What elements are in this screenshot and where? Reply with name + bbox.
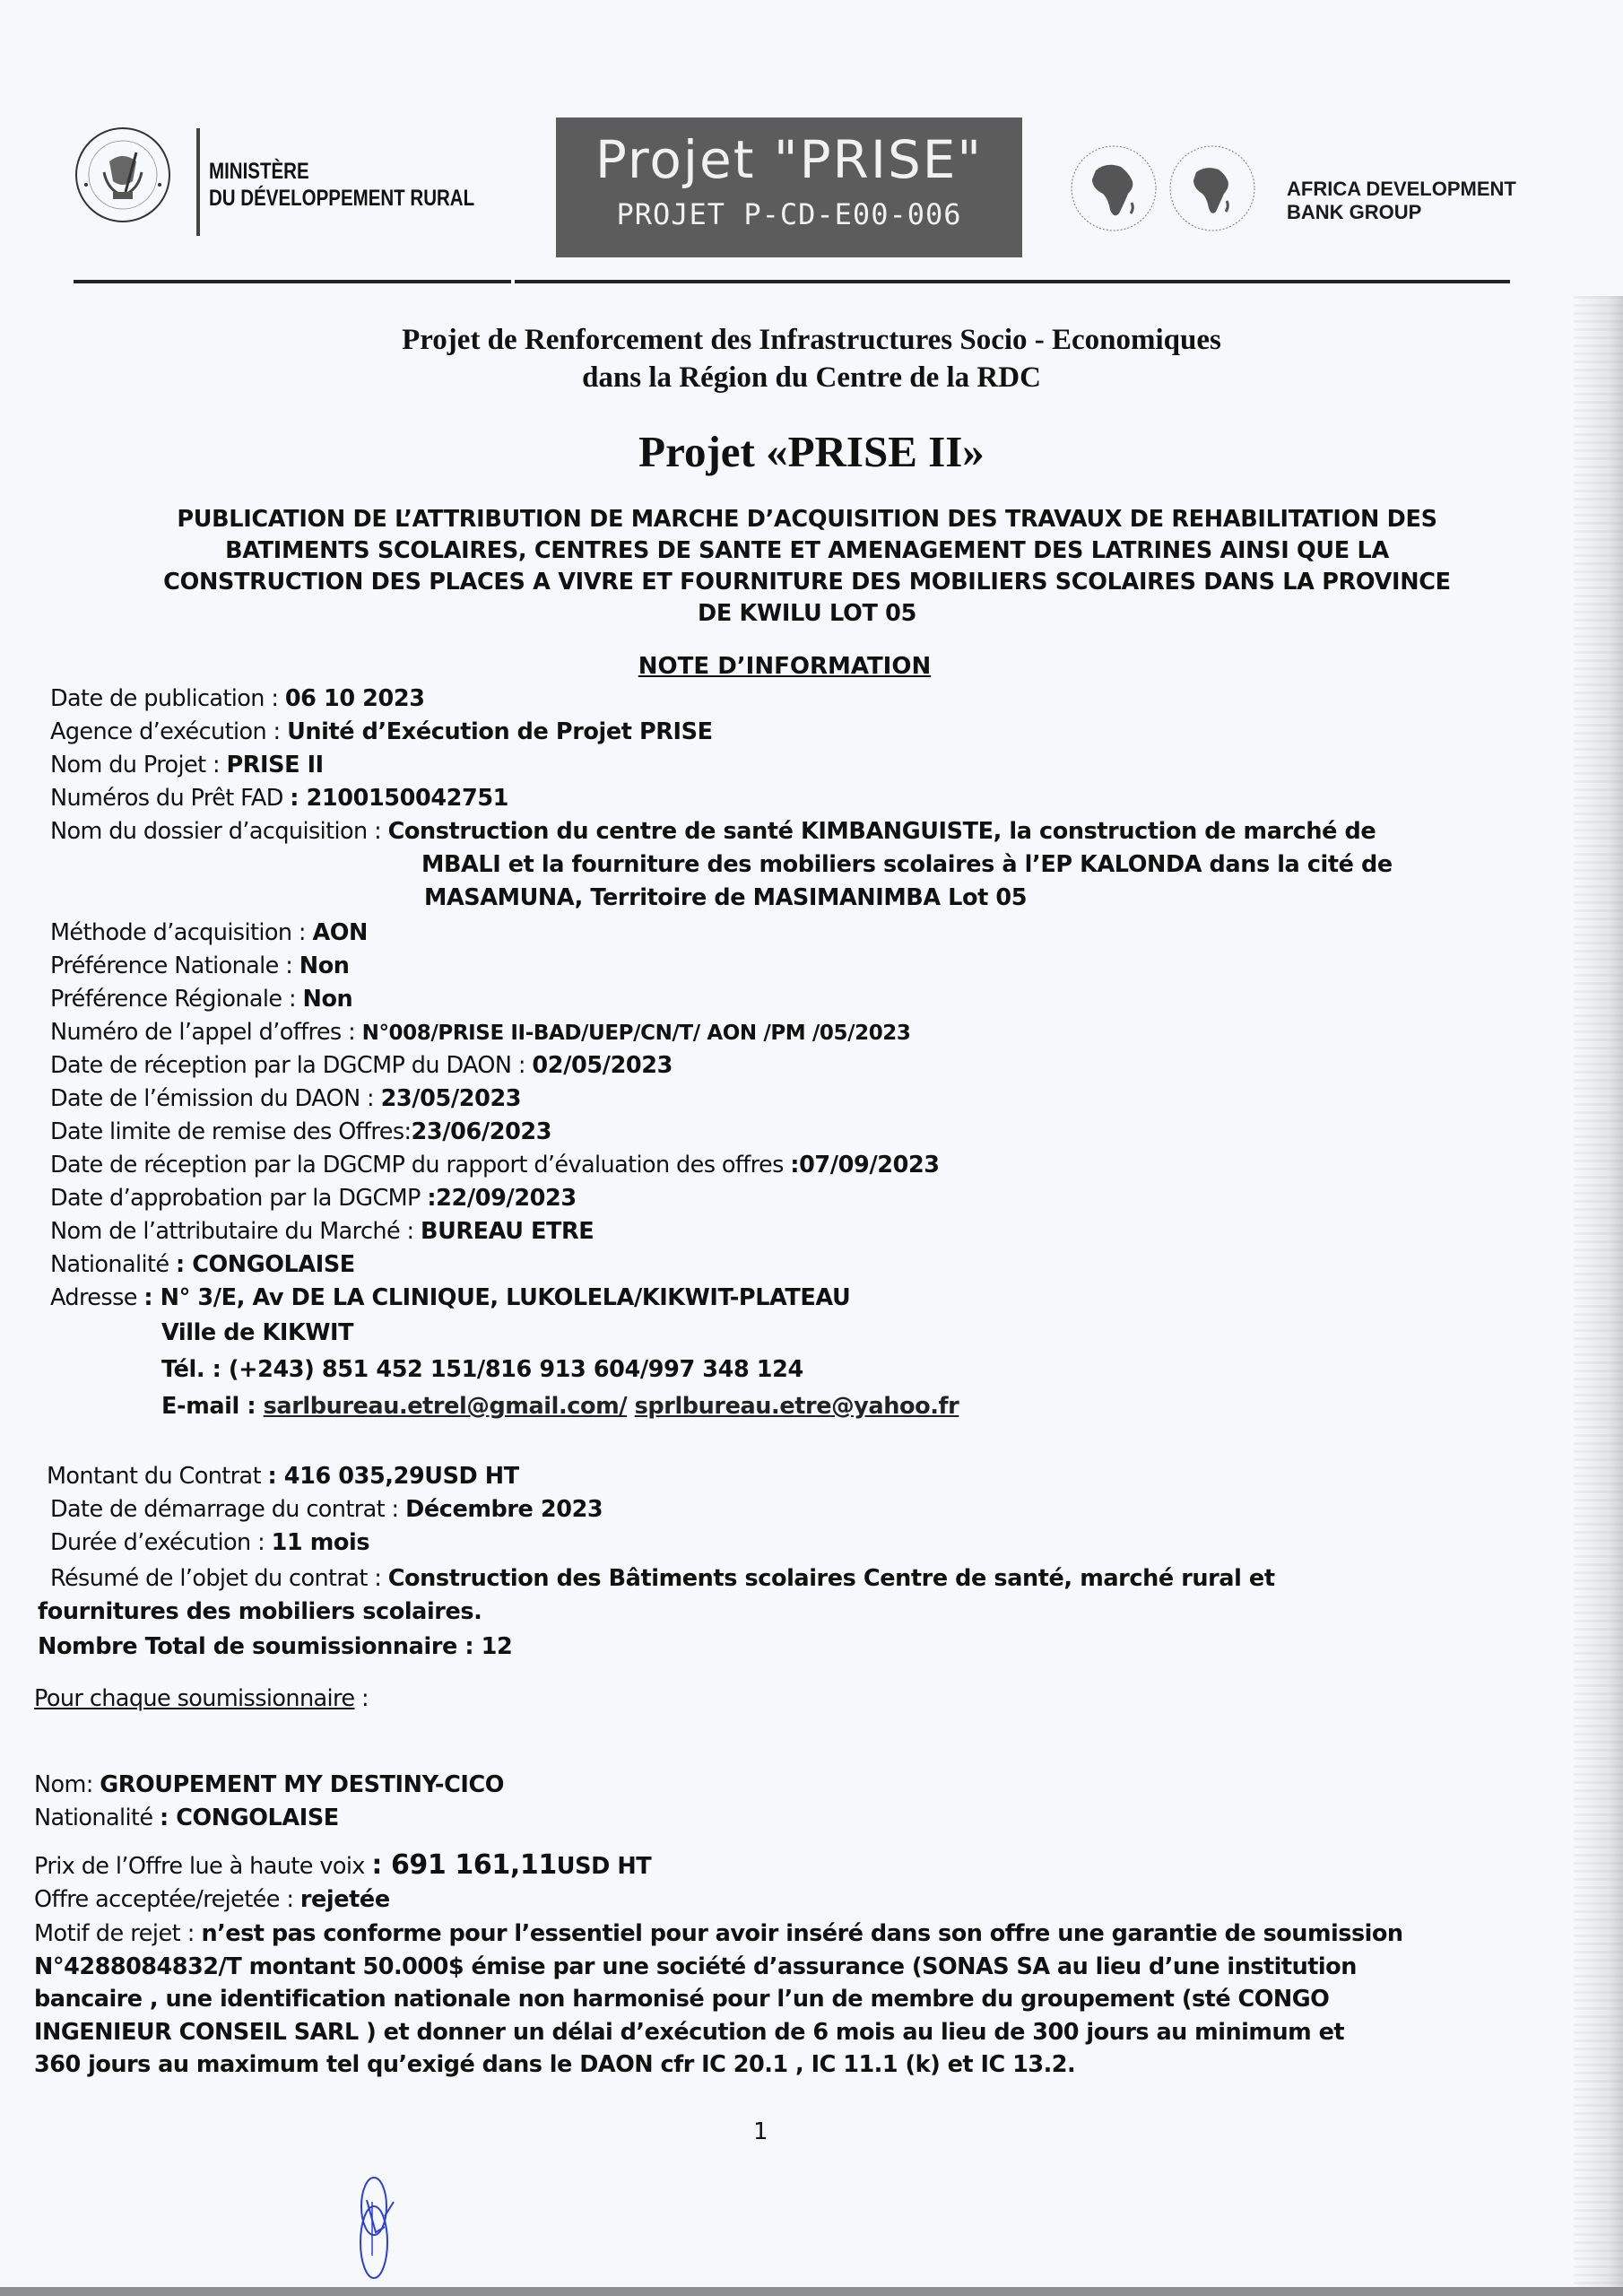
publication-title-line: DE KWILU LOT 05 [45,598,1569,630]
publication-title: PUBLICATION DE L’ATTRIBUTION DE MARCHE D… [45,504,1569,630]
document-page: MINISTÈRE DU DÉVELOPPEMENT RURAL Projet … [0,0,1623,2296]
field-label: Montant du Contrat [47,1463,268,1490]
bidder-prix: Prix de l’Offre lue à haute voix : 691 1… [34,1850,651,1882]
field-value: Construction du centre de santé KIMBANGU… [388,818,1376,845]
project-banner: Projet "PRISE" PROJET P-CD-E00-006 [556,117,1022,257]
header-rule-right [515,280,1510,283]
field-label: Nom: [34,1771,100,1798]
field-nombre-soumissionnaires: Nombre Total de soumissionnaire : 12 [38,1631,512,1662]
field-dossier-cont1: MBALI et la fourniture des mobiliers sco… [421,849,1393,880]
field-label: Préférence Nationale : [50,952,299,979]
field-label: Préférence Régionale : [50,986,303,1013]
field-label: Date de réception par la DGCMP du rappor… [50,1152,790,1178]
field-value: :22/09/2023 [427,1185,576,1212]
motif-line: INGENIEUR CONSEIL SARL ) et donner un dé… [34,2016,1576,2049]
field-value: N°008/PRISE II-BAD/UEP/CN/T/ AON /PM /05… [362,1022,911,1045]
field-attributaire: Nom de l’attributaire du Marché : BUREAU… [50,1216,594,1247]
field-value: Unité d’Exécution de Projet PRISE [287,718,713,745]
field-value: : 2100150042751 [290,785,508,812]
afdb-line1: AFRICA DEVELOPMENT [1287,178,1516,201]
field-label: Motif de rejet : [34,1920,201,1947]
field-reception-rapport: Date de réception par la DGCMP du rappor… [50,1150,940,1180]
field-nationalite: Nationalité : CONGOLAISE [50,1249,355,1280]
field-appel-offres: Numéro de l’appel d’offres : N°008/PRISE… [50,1017,911,1048]
field-pref-nationale: Préférence Nationale : Non [50,951,350,981]
field-nom-projet: Nom du Projet : PRISE II [50,750,324,780]
field-adresse-tel: Tél. : (+243) 851 452 151/816 913 604/99… [161,1354,803,1385]
header-divider [196,128,200,236]
african-development-fund-logo-icon [1167,143,1257,233]
field-label: Nom de l’attributaire du Marché : [50,1218,421,1245]
motif-line: N°4288084832/T montant 50.000$ émise par… [34,1951,1576,1984]
bidder-statut: Offre acceptée/rejetée : rejetée [34,1884,390,1915]
field-emission-daon: Date de l’émission du DAON : 23/05/2023 [50,1083,521,1114]
project-banner-code: PROJET P-CD-E00-006 [556,196,1022,232]
field-value: :07/09/2023 [790,1152,939,1178]
field-value: Construction des Bâtiments scolaires Cen… [388,1565,1275,1592]
field-value: : CONGOLAISE [176,1251,355,1278]
bidder-nom: Nom: GROUPEMENT MY DESTINY-CICO [34,1770,504,1800]
header-rule-left [74,280,511,283]
field-adresse-email: E-mail : sarlbureau.etrel@gmail.com/ spr… [161,1391,959,1422]
african-development-bank-logo-icon [1069,143,1159,233]
field-label: Date d’approbation par la DGCMP [50,1185,427,1212]
scan-bottom-edge [0,2287,1623,2296]
bidder-motif-rejet: Motif de rejet : n’est pas conforme pour… [34,1918,1576,2082]
afdb-name: AFRICA DEVELOPMENT BANK GROUP [1287,178,1516,224]
field-label: Date de publication : [50,685,285,712]
field-value: 23/05/2023 [381,1085,522,1112]
field-label: Date de réception par la DGCMP du DAON : [50,1052,532,1079]
project-subtitle-line1: Projet de Renforcement des Infrastructur… [0,321,1623,359]
field-value: 06 10 2023 [285,685,425,712]
motif-line: bancaire , une identification nationale … [34,1983,1576,2016]
project-main-title: Projet «PRISE II» [0,426,1623,478]
field-value: AON [312,919,368,946]
field-label: Numéros du Prêt FAD [50,785,290,812]
field-value: : 691 161,11 [371,1849,556,1881]
field-value: : CONGOLAISE [160,1805,339,1831]
bidders-heading: Pour chaque soumissionnaire : [34,1683,369,1714]
field-montant: Montant du Contrat : 416 035,29USD HT [47,1461,519,1492]
field-value: 11 mois [272,1529,370,1556]
drc-coat-of-arms-icon [74,126,172,224]
publication-title-line: CONSTRUCTION DES PLACES A VIVRE ET FOURN… [45,567,1569,598]
field-methode: Méthode d’acquisition : AON [50,918,368,948]
field-demarrage: Date de démarrage du contrat : Décembre … [50,1494,603,1525]
field-value-suffix: USD HT [557,1853,651,1880]
bidder-nationalite: Nationalité : CONGOLAISE [34,1803,339,1833]
field-approbation: Date d’approbation par la DGCMP :22/09/2… [50,1183,577,1213]
field-adresse-ville: Ville de KIKWIT [161,1318,353,1348]
field-value: 23/06/2023 [412,1118,552,1145]
field-value: GROUPEMENT MY DESTINY-CICO [100,1771,504,1798]
field-value: Non [299,952,350,979]
field-duree: Durée d’exécution : 11 mois [50,1527,369,1558]
field-pret-fad: Numéros du Prêt FAD : 2100150042751 [50,783,508,813]
field-label: Nombre Total de soumissionnaire : [38,1633,482,1660]
field-label: Agence d’exécution : [50,718,287,745]
field-agence: Agence d’exécution : Unité d’Exécution d… [50,717,713,747]
motif-line: n’est pas conforme pour l’essentiel pour… [201,1920,1402,1947]
field-label: Adresse [50,1284,143,1311]
field-value: : N° 3/E, Av DE LA CLINIQUE, LUKOLELA/KI… [143,1284,850,1311]
page-number: 1 [753,2118,768,2145]
field-value: 12 [482,1633,513,1660]
publication-title-line: BATIMENTS SCOLAIRES, CENTRES DE SANTE ET… [45,535,1569,567]
field-value: Décembre 2023 [405,1496,603,1523]
email-link-yahoo[interactable]: sprlbureau.etre@yahoo.fr [635,1393,959,1420]
field-label: Résumé de l’objet du contrat : [50,1565,388,1592]
field-reception-daon: Date de réception par la DGCMP du DAON :… [50,1050,673,1081]
field-value: : 416 035,29USD HT [268,1463,519,1490]
field-dossier: Nom du dossier d’acquisition : Construct… [50,816,1376,847]
field-value: 02/05/2023 [532,1052,673,1079]
field-label: Nom du dossier d’acquisition : [50,818,388,845]
project-banner-title: Projet "PRISE" [556,128,1022,191]
field-value: PRISE II [227,752,324,778]
bidders-heading-text: Pour chaque soumissionnaire [34,1685,354,1712]
field-label: Méthode d’acquisition : [50,919,312,946]
field-value: rejetée [300,1886,390,1913]
note-information-heading: NOTE D’INFORMATION [0,651,1569,682]
afdb-line2: BANK GROUP [1287,201,1516,224]
field-resume: Résumé de l’objet du contrat : Construct… [50,1563,1275,1594]
field-pref-regionale: Préférence Régionale : Non [50,984,352,1014]
ministry-name: MINISTÈRE DU DÉVELOPPEMENT RURAL [209,158,474,212]
field-label: Date de démarrage du contrat : [50,1496,405,1523]
field-label: Durée d’exécution : [50,1529,272,1556]
scan-edge-noise [1574,296,1623,2296]
field-date-limite: Date limite de remise des Offres:23/06/2… [50,1117,551,1147]
field-date-publication: Date de publication : 06 10 2023 [50,683,425,714]
email-link-gmail[interactable]: sarlbureau.etrel@gmail.com/ [264,1393,628,1420]
letterhead: MINISTÈRE DU DÉVELOPPEMENT RURAL Projet … [0,0,1623,287]
handwritten-signature-icon [354,2175,426,2283]
motif-line: 360 jours au maximum tel qu’exigé dans l… [34,2048,1576,2082]
field-label: Prix de l’Offre lue à haute voix [34,1853,371,1880]
field-label: Numéro de l’appel d’offres : [50,1019,362,1046]
field-label: Date de l’émission du DAON : [50,1085,381,1112]
bidders-heading-suffix: : [354,1685,369,1712]
field-dossier-cont2: MASAMUNA, Territoire de MASIMANIMBA Lot … [424,883,1027,913]
field-value: BUREAU ETRE [421,1218,594,1245]
publication-title-line: PUBLICATION DE L’ATTRIBUTION DE MARCHE D… [45,504,1569,535]
field-label: Offre acceptée/rejetée : [34,1886,300,1913]
field-resume-cont: fournitures des mobiliers scolaires. [38,1596,482,1627]
field-label: Nationalité [34,1805,160,1831]
field-value: Non [303,986,353,1013]
ministry-line2: DU DÉVELOPPEMENT RURAL [209,185,474,212]
field-label: Nom du Projet : [50,752,227,778]
field-adresse: Adresse : N° 3/E, Av DE LA CLINIQUE, LUK… [50,1283,850,1313]
ministry-line1: MINISTÈRE [209,158,474,185]
email-label: E-mail : [161,1393,264,1420]
project-subtitle-line2: dans la Région du Centre de la RDC [0,359,1623,396]
field-label: Nationalité [50,1251,176,1278]
field-label: Date limite de remise des Offres: [50,1118,412,1145]
